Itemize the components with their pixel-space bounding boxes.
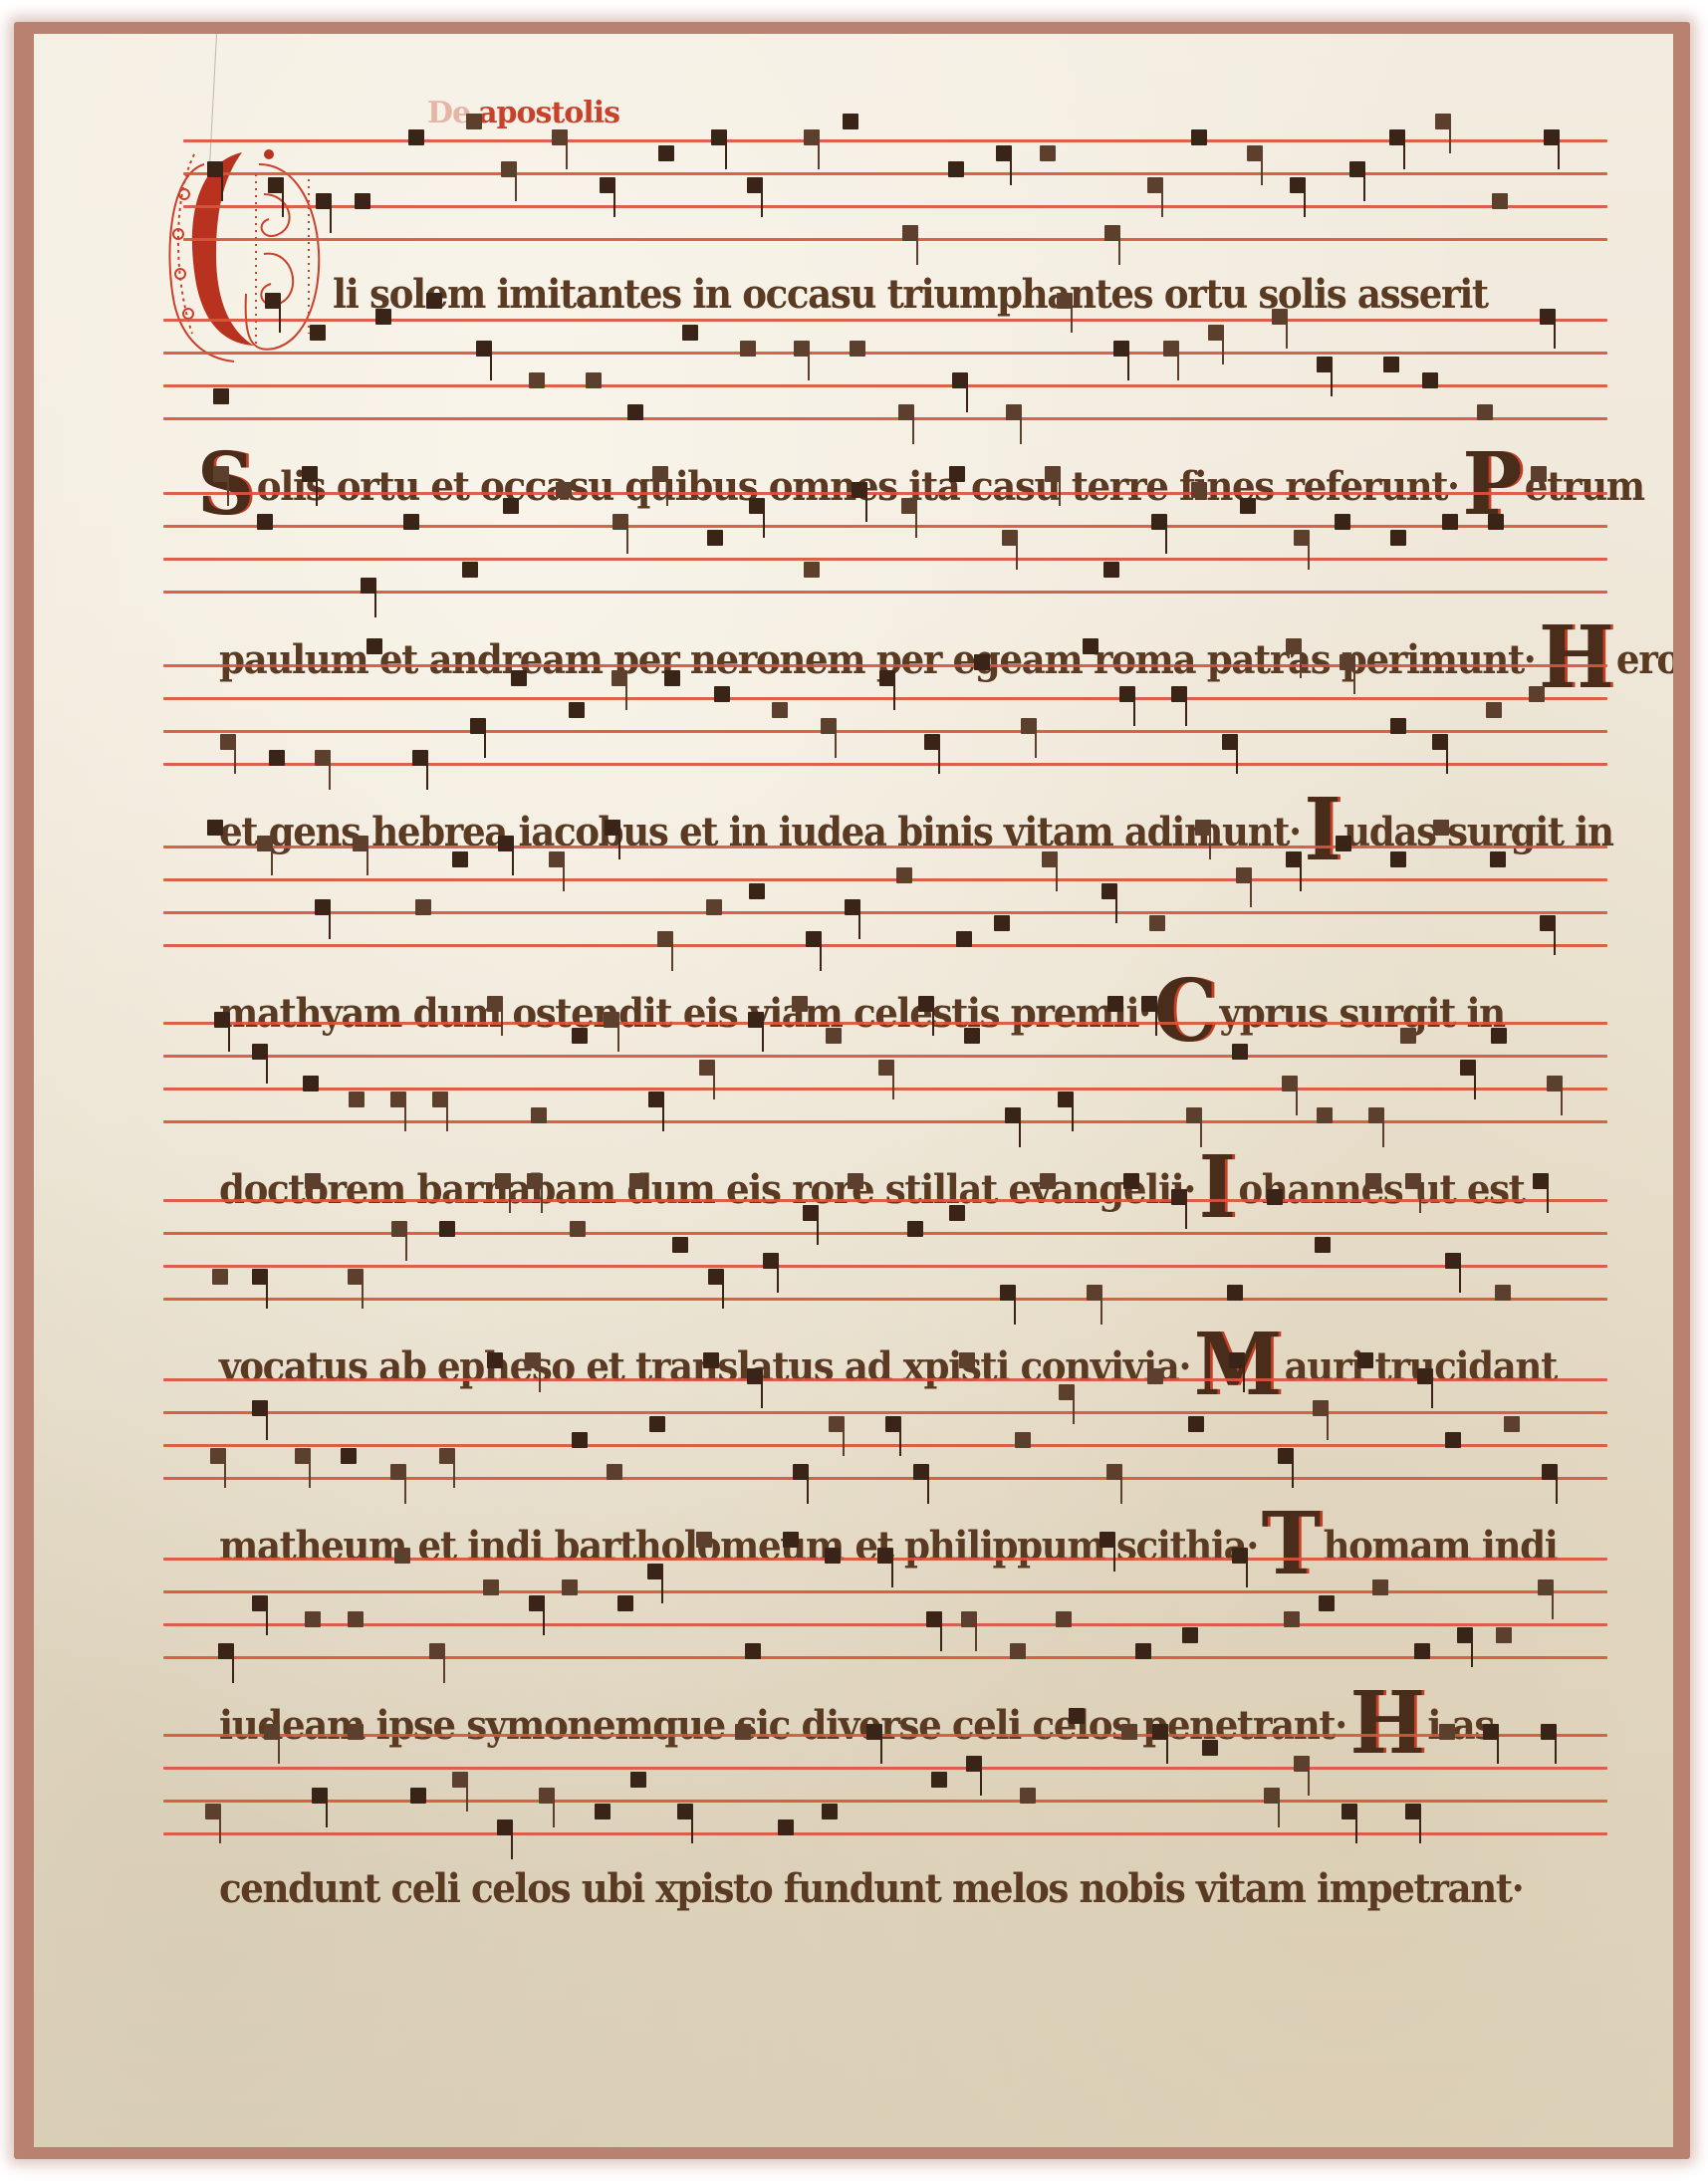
neume-icon	[707, 530, 723, 546]
neume-icon	[511, 670, 527, 686]
neume-icon	[527, 1173, 543, 1189]
neume-icon	[1171, 686, 1187, 702]
neume-icon	[1319, 1595, 1335, 1611]
neume-icon	[845, 899, 860, 915]
neume-icon	[1282, 1076, 1298, 1091]
neume-icon	[1490, 851, 1506, 867]
neume-icon	[703, 1352, 719, 1368]
neume-icon	[205, 1804, 221, 1819]
neume-icon	[1496, 1627, 1512, 1643]
neume-icon	[210, 1448, 226, 1464]
neume-icon	[348, 1724, 364, 1740]
neume-icon	[1104, 225, 1120, 241]
neume-icon	[586, 372, 602, 388]
neume-icon	[913, 1464, 929, 1480]
neume-icon	[896, 867, 912, 883]
neume-icon	[366, 638, 382, 654]
neume-icon	[1495, 1285, 1511, 1301]
neume-icon	[898, 404, 914, 420]
neume-icon	[212, 1269, 228, 1285]
neume-icon	[252, 1269, 268, 1285]
neume-icon	[1171, 1189, 1187, 1205]
neume-icon	[994, 915, 1010, 931]
neume-icon	[931, 1772, 947, 1788]
neume-icon	[476, 341, 492, 357]
neume-icon	[918, 996, 934, 1012]
staff-line	[163, 763, 1607, 766]
neume-icon	[487, 1352, 503, 1368]
neume-icon	[429, 1643, 445, 1659]
neume-icon	[974, 654, 990, 670]
neume-icon	[1390, 851, 1406, 867]
neume-icon	[595, 1804, 610, 1819]
neume-icon	[1542, 1464, 1558, 1480]
neume-icon	[529, 1595, 545, 1611]
staff-line	[163, 944, 1607, 947]
neume-icon	[1149, 915, 1165, 931]
neume-icon	[749, 498, 765, 514]
neume-icon	[605, 820, 620, 836]
neume-icon	[652, 466, 668, 482]
neume-icon	[748, 1012, 764, 1028]
neume-icon	[1057, 293, 1073, 309]
neume-icon	[1491, 1028, 1507, 1044]
neume-icon	[612, 514, 628, 530]
neume-icon	[1267, 1189, 1283, 1205]
neume-icon	[1433, 820, 1449, 836]
neume-icon	[740, 341, 756, 357]
staff-line	[163, 664, 1607, 667]
neume-icon	[439, 1448, 455, 1464]
neume-icon	[1342, 1804, 1357, 1819]
neume-icon	[1317, 1107, 1333, 1123]
neume-icon	[604, 1012, 619, 1028]
neume-icon	[1232, 1044, 1248, 1060]
staff-line	[163, 1477, 1607, 1480]
staff-line	[163, 1444, 1607, 1447]
section-initial: P	[1462, 450, 1521, 520]
neume-icon	[257, 514, 273, 530]
lyric-line: vocatus ab epheso et translatus ad xpist…	[219, 1331, 1497, 1400]
neume-icon	[1264, 1788, 1280, 1804]
staff-line	[163, 1378, 1607, 1381]
neume-icon	[1477, 404, 1493, 420]
neume-icon	[657, 931, 673, 947]
neume-icon	[1313, 1400, 1329, 1416]
neume-icon	[714, 686, 730, 702]
neume-icon	[353, 836, 368, 851]
neume-icon	[878, 1060, 894, 1076]
neume-icon	[749, 883, 765, 899]
neume-icon	[1405, 1173, 1421, 1189]
neume-icon	[218, 1643, 234, 1659]
neume-icon	[696, 1532, 712, 1548]
neume-icon	[804, 562, 820, 578]
neume-icon	[303, 1076, 319, 1091]
neume-icon	[708, 1269, 724, 1285]
neume-icon	[1538, 1579, 1554, 1595]
lyric-text: mathyam dum ostendit eis viam celestis p…	[219, 990, 1150, 1037]
neume-icon	[745, 1643, 761, 1659]
neume-icon	[390, 1464, 406, 1480]
neume-icon	[503, 498, 519, 514]
staff-line	[163, 352, 1607, 355]
neume-icon	[470, 718, 486, 734]
neume-icon	[1540, 309, 1556, 325]
neume-icon	[1368, 1107, 1384, 1123]
neume-icon	[1000, 1285, 1016, 1301]
neume-icon	[462, 562, 478, 578]
neume-icon	[664, 670, 680, 686]
neume-icon	[1400, 1028, 1416, 1044]
neume-icon	[829, 1416, 845, 1432]
staff-line	[163, 1265, 1607, 1268]
neume-icon	[412, 750, 428, 766]
neume-icon	[1272, 309, 1288, 325]
neume-icon	[252, 1044, 268, 1060]
neume-icon	[1414, 1643, 1430, 1659]
neume-icon	[852, 482, 867, 498]
neume-icon	[959, 1352, 975, 1368]
neume-icon	[1188, 1416, 1204, 1432]
neume-icon	[1005, 1107, 1021, 1123]
staff-line	[163, 558, 1607, 561]
neume-icon	[1390, 718, 1406, 734]
neume-icon	[792, 996, 808, 1012]
neume-icon	[1315, 1237, 1331, 1253]
staff-line	[163, 1623, 1607, 1626]
neume-icon	[269, 750, 285, 766]
neume-icon	[803, 1205, 819, 1221]
neume-icon	[1186, 1107, 1202, 1123]
neume-icon	[257, 836, 273, 851]
neume-icon	[1383, 357, 1399, 372]
neume-icon	[390, 1091, 406, 1107]
neume-icon	[1010, 1643, 1026, 1659]
neume-icon	[1232, 1548, 1248, 1564]
neume-icon	[1531, 466, 1547, 482]
neume-icon	[549, 851, 565, 867]
neume-icon	[1106, 1464, 1122, 1480]
neume-icon	[410, 1788, 426, 1804]
neume-icon	[1286, 851, 1302, 867]
staff-line	[163, 525, 1607, 528]
neume-icon	[1119, 686, 1135, 702]
neume-icon	[415, 899, 431, 915]
neume-icon	[1541, 1724, 1557, 1740]
neume-icon	[214, 1012, 230, 1028]
staff-line	[163, 1590, 1607, 1593]
staff-line	[163, 1088, 1607, 1090]
neume-icon	[305, 1173, 321, 1189]
neume-icon	[1422, 372, 1438, 388]
neume-icon	[361, 578, 376, 594]
neume-icon	[305, 1611, 321, 1627]
neume-icon	[1195, 820, 1211, 836]
neume-icon	[1504, 1416, 1520, 1432]
neume-icon	[699, 1060, 715, 1076]
neume-icon	[1405, 1804, 1421, 1819]
neume-icon	[1357, 1352, 1373, 1368]
neume-icon	[1058, 1091, 1074, 1107]
neume-icon	[1151, 514, 1167, 530]
neume-icon	[1483, 1724, 1499, 1740]
section-initial: H	[1349, 1689, 1423, 1759]
neume-icon	[495, 1173, 511, 1189]
staff-line	[163, 1022, 1607, 1025]
neume-icon	[391, 1221, 407, 1237]
neume-icon	[848, 1173, 863, 1189]
neume-icon	[793, 1464, 809, 1480]
neume-icon	[348, 1611, 364, 1627]
neume-icon	[439, 1221, 455, 1237]
neume-icon	[1286, 638, 1302, 654]
lyric-text: cendunt celi celos ubi xpisto fundunt me…	[219, 1865, 1523, 1912]
staff-line	[163, 697, 1607, 700]
neume-icon	[961, 1611, 977, 1627]
neume-icon	[778, 1819, 794, 1835]
neume-icon	[885, 1416, 901, 1432]
neume-icon	[403, 514, 419, 530]
neume-icon	[1278, 1448, 1294, 1464]
manuscript-page: Deapostolis li solem imitantes in occasu…	[34, 34, 1673, 2147]
neume-icon	[1002, 530, 1018, 546]
lyric-line: et gens hebrea iacobus et in iudea binis…	[219, 796, 1497, 865]
neume-icon	[1123, 1173, 1139, 1189]
neume-icon	[706, 899, 722, 915]
neume-icon	[1152, 1724, 1168, 1740]
neume-icon	[1390, 530, 1406, 546]
neume-icon	[879, 670, 895, 686]
neume-icon	[1340, 654, 1355, 670]
neume-icon	[1121, 1724, 1137, 1740]
section-initial: T	[1262, 1510, 1320, 1579]
neume-icon	[213, 466, 229, 482]
neume-icon	[1056, 1611, 1072, 1627]
lyric-line: iudeam ipse symonemque sic diverse celi …	[219, 1689, 1497, 1759]
neume-icon	[1529, 686, 1545, 702]
neume-icon	[220, 734, 236, 750]
neume-icon	[572, 1028, 588, 1044]
neume-icon	[1439, 1724, 1455, 1740]
neume-icon	[426, 293, 442, 309]
neume-icon	[902, 225, 918, 241]
neume-icon	[850, 341, 865, 357]
neume-icon	[1236, 867, 1252, 883]
neume-icon	[1365, 1173, 1381, 1189]
neume-icon	[949, 466, 965, 482]
neume-icon	[964, 1028, 980, 1044]
neume-icon	[1294, 530, 1310, 546]
neume-icon	[498, 836, 514, 851]
lyric-line: Solis ortu et occasu quibus omnes ita ca…	[193, 450, 1496, 520]
lyric-text: paulum et andream per neronem per egeam …	[219, 636, 1535, 683]
neume-icon	[1040, 1173, 1056, 1189]
staff-line	[163, 1734, 1607, 1737]
neume-icon	[1163, 341, 1179, 357]
neume-icon	[821, 718, 837, 734]
neume-icon	[452, 1772, 468, 1788]
neume-icon	[630, 1772, 646, 1788]
neume-icon	[1135, 1643, 1151, 1659]
neume-icon	[1457, 1627, 1473, 1643]
neume-icon	[1103, 562, 1119, 578]
neume-icon	[1042, 851, 1058, 867]
neume-icon	[312, 1788, 328, 1804]
neume-icon	[315, 899, 331, 915]
neume-icon	[452, 851, 468, 867]
lyric-line: cendunt celi celos ubi xpisto fundunt me…	[219, 1865, 1497, 1913]
staff-line	[163, 1199, 1607, 1202]
neume-icon	[1113, 341, 1129, 357]
neume-icon	[569, 702, 585, 718]
neume-icon	[375, 309, 391, 325]
neume-icon	[348, 1269, 364, 1285]
neume-icon	[747, 1368, 763, 1384]
neume-icon	[877, 1548, 893, 1564]
section-initial: I	[1199, 1153, 1235, 1223]
staff-line	[183, 238, 1607, 241]
neume-icon	[1182, 1627, 1198, 1643]
neume-icon	[648, 1091, 664, 1107]
neume-icon	[252, 1595, 268, 1611]
music-system: cendunt celi celos ubi xpisto fundunt me…	[34, 34, 1673, 213]
neume-icon	[207, 820, 223, 836]
neume-icon	[1141, 996, 1157, 1012]
neume-icon	[1015, 1432, 1031, 1448]
neume-icon	[924, 734, 940, 750]
neume-icon	[1087, 1285, 1102, 1301]
neume-icon	[672, 1237, 688, 1253]
neume-icon	[825, 1548, 841, 1564]
neume-icon	[1372, 1579, 1388, 1595]
neume-icon	[826, 1028, 842, 1044]
staff-line	[163, 846, 1607, 848]
neume-icon	[483, 1579, 499, 1595]
neume-icon	[926, 1611, 942, 1627]
lyric-line: paulum et andream per neronem per egeam …	[219, 623, 1497, 693]
neume-icon	[295, 1448, 311, 1464]
neume-icon	[1294, 1756, 1310, 1772]
neume-icon	[1222, 734, 1238, 750]
lyric-text-continued: erodes	[1616, 636, 1673, 683]
neume-icon	[949, 1205, 965, 1221]
staff-line	[163, 1232, 1607, 1235]
neume-icon	[1317, 357, 1333, 372]
neume-icon	[1006, 404, 1022, 420]
neume-icon	[1021, 718, 1037, 734]
neume-icon	[1099, 1532, 1115, 1548]
neume-icon	[531, 1107, 547, 1123]
neume-icon	[607, 1464, 622, 1480]
neume-icon	[252, 1400, 268, 1416]
staff-line	[163, 878, 1607, 881]
staff-line	[163, 1832, 1607, 1835]
neume-icon	[1240, 498, 1256, 514]
neume-icon	[539, 1788, 555, 1804]
neume-icon	[901, 498, 917, 514]
neume-icon	[1335, 514, 1350, 530]
neume-icon	[1208, 325, 1224, 341]
neume-icon	[966, 1756, 982, 1772]
neume-icon	[265, 293, 281, 309]
staff-line	[163, 1656, 1607, 1659]
staff-line	[163, 911, 1607, 914]
section-initial: C	[1154, 977, 1216, 1047]
lyric-initial: S	[197, 450, 253, 520]
staff-line	[163, 1055, 1607, 1058]
neume-icon	[487, 996, 503, 1012]
neume-icon	[763, 1253, 779, 1269]
lyric-text: li solem imitantes in occasu triumphante…	[333, 271, 1488, 318]
neume-icon	[647, 1564, 663, 1579]
neume-icon	[1107, 996, 1123, 1012]
neume-icon	[1540, 915, 1556, 931]
neume-icon	[1488, 514, 1504, 530]
neume-icon	[525, 1352, 541, 1368]
staff-line	[163, 492, 1607, 495]
neume-icon	[1191, 482, 1207, 498]
staff-line	[163, 417, 1607, 420]
neume-icon	[310, 325, 326, 341]
neume-icon	[213, 388, 229, 404]
neume-icon	[629, 1173, 645, 1189]
section-initial: H	[1539, 623, 1612, 693]
staff-line	[163, 1800, 1607, 1803]
neume-icon	[735, 1724, 751, 1740]
neume-icon	[677, 1804, 693, 1819]
neume-icon	[1202, 1740, 1218, 1756]
neume-icon	[1442, 514, 1458, 530]
neume-icon	[866, 1724, 882, 1740]
neume-icon	[1045, 466, 1061, 482]
neume-icon	[1432, 734, 1448, 750]
neume-icon	[956, 931, 972, 947]
neume-icon	[1533, 1173, 1549, 1189]
neume-icon	[794, 341, 810, 357]
lyric-text: iudeam ipse symonemque sic diverse celi …	[219, 1702, 1346, 1749]
neume-icon	[394, 1548, 410, 1564]
staff-line	[163, 1120, 1607, 1123]
staff-line	[163, 1767, 1607, 1770]
staff-line	[163, 591, 1607, 594]
neume-icon	[682, 325, 698, 341]
neume-icon	[432, 1091, 448, 1107]
neume-icon	[572, 1432, 588, 1448]
neume-icon	[1227, 1285, 1243, 1301]
neume-icon	[349, 1091, 365, 1107]
neume-icon	[315, 750, 331, 766]
section-initial: I	[1304, 796, 1340, 865]
neume-icon	[1486, 702, 1502, 718]
neume-icon	[556, 482, 572, 498]
neume-icon	[562, 1579, 578, 1595]
neume-icon	[302, 466, 318, 482]
neume-icon	[1445, 1432, 1461, 1448]
staff-line	[163, 1298, 1607, 1301]
neume-icon	[627, 404, 643, 420]
neume-icon	[649, 1416, 665, 1432]
neume-icon	[617, 1595, 633, 1611]
neume-icon	[1059, 1384, 1075, 1400]
neume-icon	[772, 702, 788, 718]
neume-icon	[611, 670, 627, 686]
neume-icon	[1460, 1060, 1476, 1076]
neume-icon	[952, 372, 968, 388]
neume-icon	[822, 1804, 838, 1819]
neume-icon	[1083, 638, 1098, 654]
neume-icon	[497, 1819, 513, 1835]
